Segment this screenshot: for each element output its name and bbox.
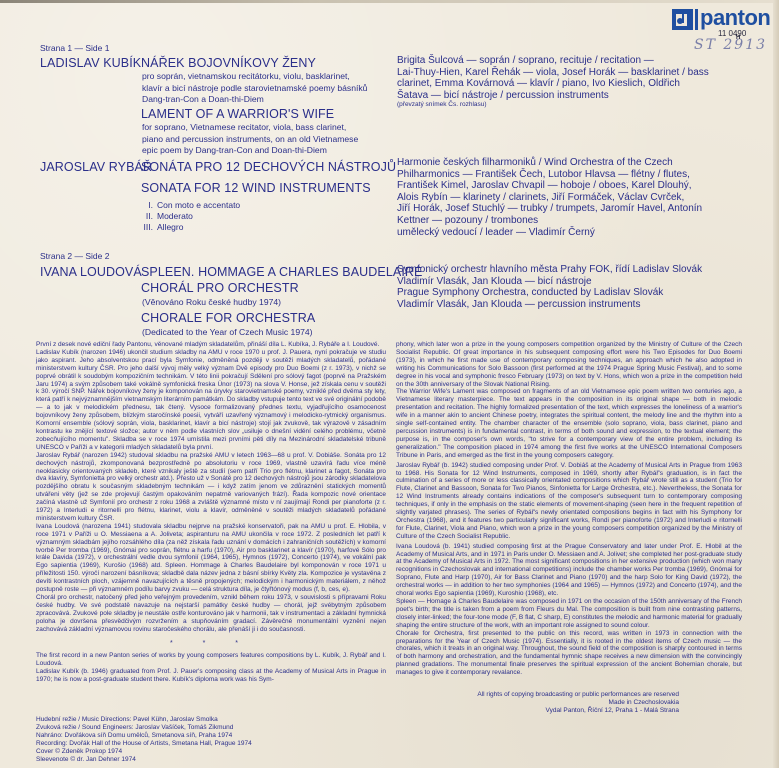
side1-heading: Strana 1 — Side 1 [40,43,109,53]
performer-line: Vladimír Vlasák, Jan Klouda — percussion… [397,299,702,311]
title-narek-cz: NÁŘEK BOJOVNÍKOVY ŽENY [141,56,316,70]
notes-paragraph: Ladislav Kubík (narozen 1946) ukončil st… [36,349,386,452]
title-sonata-cz: SONÁTA PRO 12 DECHOVÝCH NÁSTROJŮ [141,160,396,174]
notes-paragraph: phony, which later won a prize in the yo… [396,341,742,388]
performer-line: clarinet, Emma Kovárnová — klavír / pian… [397,78,709,90]
notes-paragraph: Jaroslav Rybář (narozen 1942) studoval s… [36,452,386,523]
side2-heading: Strana 2 — Side 2 [40,251,109,261]
composer-loudova: IVANA LOUDOVÁ [40,265,142,279]
logo-text: panton [700,9,770,27]
performers-loudova: Symfonický orchestr hlavního města Prahy… [397,264,702,310]
movement-3: III.Allegro [134,222,183,232]
performer-line: Brigita Šulcová — soprán / soprano, reci… [397,55,709,67]
performer-line: Alois Rybín — klarinety / clarinets, Jiř… [397,192,702,204]
movement-number: I. [134,200,153,210]
rights-line: Vydal Panton, Říční 12, Praha 1 - Malá S… [477,707,679,715]
sleeve-top-edge [0,0,779,3]
composer-kubik: LADISLAV KUBÍK [40,56,141,70]
performer-line: Kettner — pozouny / trombones [397,215,702,227]
panton-logo: panton [672,9,770,30]
movement-name: Moderato [157,211,193,221]
notes-paragraph: The first record in a new Panton series … [36,652,386,668]
performers-kubik: Brigita Šulcová — soprán / soprano, reci… [397,55,709,109]
notes-paragraph: Spleen — Homage à Charles Baudelaire was… [396,598,742,630]
movement-1: I.Con moto e accentato [134,200,240,210]
desc-line: piano and percussion instruments, on an … [142,134,358,146]
performer-line: Philharmonics — František Čech, Lutobor … [397,169,702,181]
music-note-icon [672,9,693,30]
title-choral-cz: CHORÁL PRO ORCHESTR [141,281,299,295]
title-spleen: SPLEEN. HOMMAGE A CHARLES BAUDELAIRE [141,265,422,279]
credit-line: Nahráno: Dvořákova síň Domu umělců, Smet… [36,732,252,740]
performer-line: Jiří Horák, Josef Stuchlý — trubky / tru… [397,203,702,215]
performer-line: Symfonický orchestr hlavního města Prahy… [397,264,702,276]
notes-paragraph: První z desek nové ediční řady Pantonu, … [36,341,386,349]
performers-note: (převzatý snímek Čs. rozhlasu) [397,101,709,109]
credit-line: Hudební režie / Music Directions: Pavel … [36,716,252,724]
credit-line: Zvuková režie / Sound Engineers: Jarosla… [36,724,252,732]
title-chorale-en: CHORALE FOR ORCHESTRA [141,311,315,325]
credit-line: Cover © Zdeněk Prokop 1974 [36,748,252,756]
performer-line: Prague Symphony Orchestra, conducted by … [397,287,702,299]
movement-name: Con moto e accentato [157,200,240,210]
title-lament-en: LAMENT OF A WARRIOR'S WIFE [141,107,334,121]
handwritten-note: ST 2913 [694,37,767,53]
desc-lament-en: for soprano, Vietnamese recitator, viola… [142,122,358,157]
desc-narek-cz: pro soprán, vietnamskou recitátorku, vio… [142,71,367,106]
notes-paragraph: Ivana Loudová (b. 1941) studied composin… [396,543,742,598]
dedication-en: (Dedicated to the Year of Czech Music 19… [142,327,313,339]
performer-line: Harmonie českých filharmoniků / Wind Orc… [397,157,702,169]
dedication-cz: (Věnováno Roku české hudby 1974) [142,297,281,309]
notes-paragraph: Chorál pro orchestr, natočený před jeho … [36,594,386,634]
liner-notes-right: phony, which later won a prize in the yo… [396,341,742,677]
performers-rybar: Harmonie českých filharmoniků / Wind Orc… [397,157,702,238]
performer-line: umělecký vedoucí / leader — Vladimír Čer… [397,227,702,239]
notes-paragraph: Jaroslav Rybář (b. 1942) studied composi… [396,462,742,541]
movement-number: III. [134,222,153,232]
performer-line: Vladimír Vlasák, Jan Klouda — bicí nástr… [397,276,702,288]
title-sonata-en: SONATA FOR 12 WIND INSTRUMENTS [141,181,371,195]
notes-paragraph: Ivana Loudová (narozena 1941) studovala … [36,523,386,594]
desc-line: Dang-tran-Con a Doan-thi-Diem [142,94,367,106]
production-credits: Hudební režie / Music Directions: Pavel … [36,716,252,763]
notes-paragraph: The Warrior Wife's Lament was composed o… [396,388,742,459]
performer-line: Šatava — bicí nástroje / percussion inst… [397,90,709,102]
rights-notice: All rights of copying broadcasting or pu… [477,691,679,715]
movement-name: Allegro [157,222,183,232]
desc-line: for soprano, Vietnamese recitator, viola… [142,122,358,134]
sleeve-right-edge [773,0,779,768]
performer-line: Lai-Thuy-Hien, Karel Řehák — viola, Jose… [397,67,709,79]
credit-line: Sleevenote © dr. Jan Dehner 1974 [36,756,252,764]
rights-line: Made in Czechoslovakia [477,699,679,707]
desc-line: pro soprán, vietnamskou recitátorku, vio… [142,71,367,83]
rights-line: All rights of copying broadcasting or pu… [477,691,679,699]
logo-bar [695,9,698,30]
movement-number: II. [134,211,153,221]
performer-line: František Kimel, Jaroslav Chvapil — hobo… [397,180,702,192]
liner-notes-left: První z desek nové ediční řady Pantonu, … [36,341,386,684]
notes-paragraph: Ladislav Kubík (b. 1946) graduated from … [36,668,386,684]
composer-rybar: JAROSLAV RYBÁŘ [40,160,152,174]
notes-paragraph: Chorale for Orchestra, first presented t… [396,630,742,677]
handwritten-superscript: H [736,35,740,41]
separator-stars: * * * [36,640,386,648]
desc-line: epic poem by Dang-tran-Con and Doan-thi-… [142,145,358,157]
desc-line: klavír a bicí nástroje podle starovietna… [142,83,367,95]
credit-line: Recording: Dvořák Hall of the House of A… [36,740,252,748]
movement-2: II.Moderato [134,211,193,221]
